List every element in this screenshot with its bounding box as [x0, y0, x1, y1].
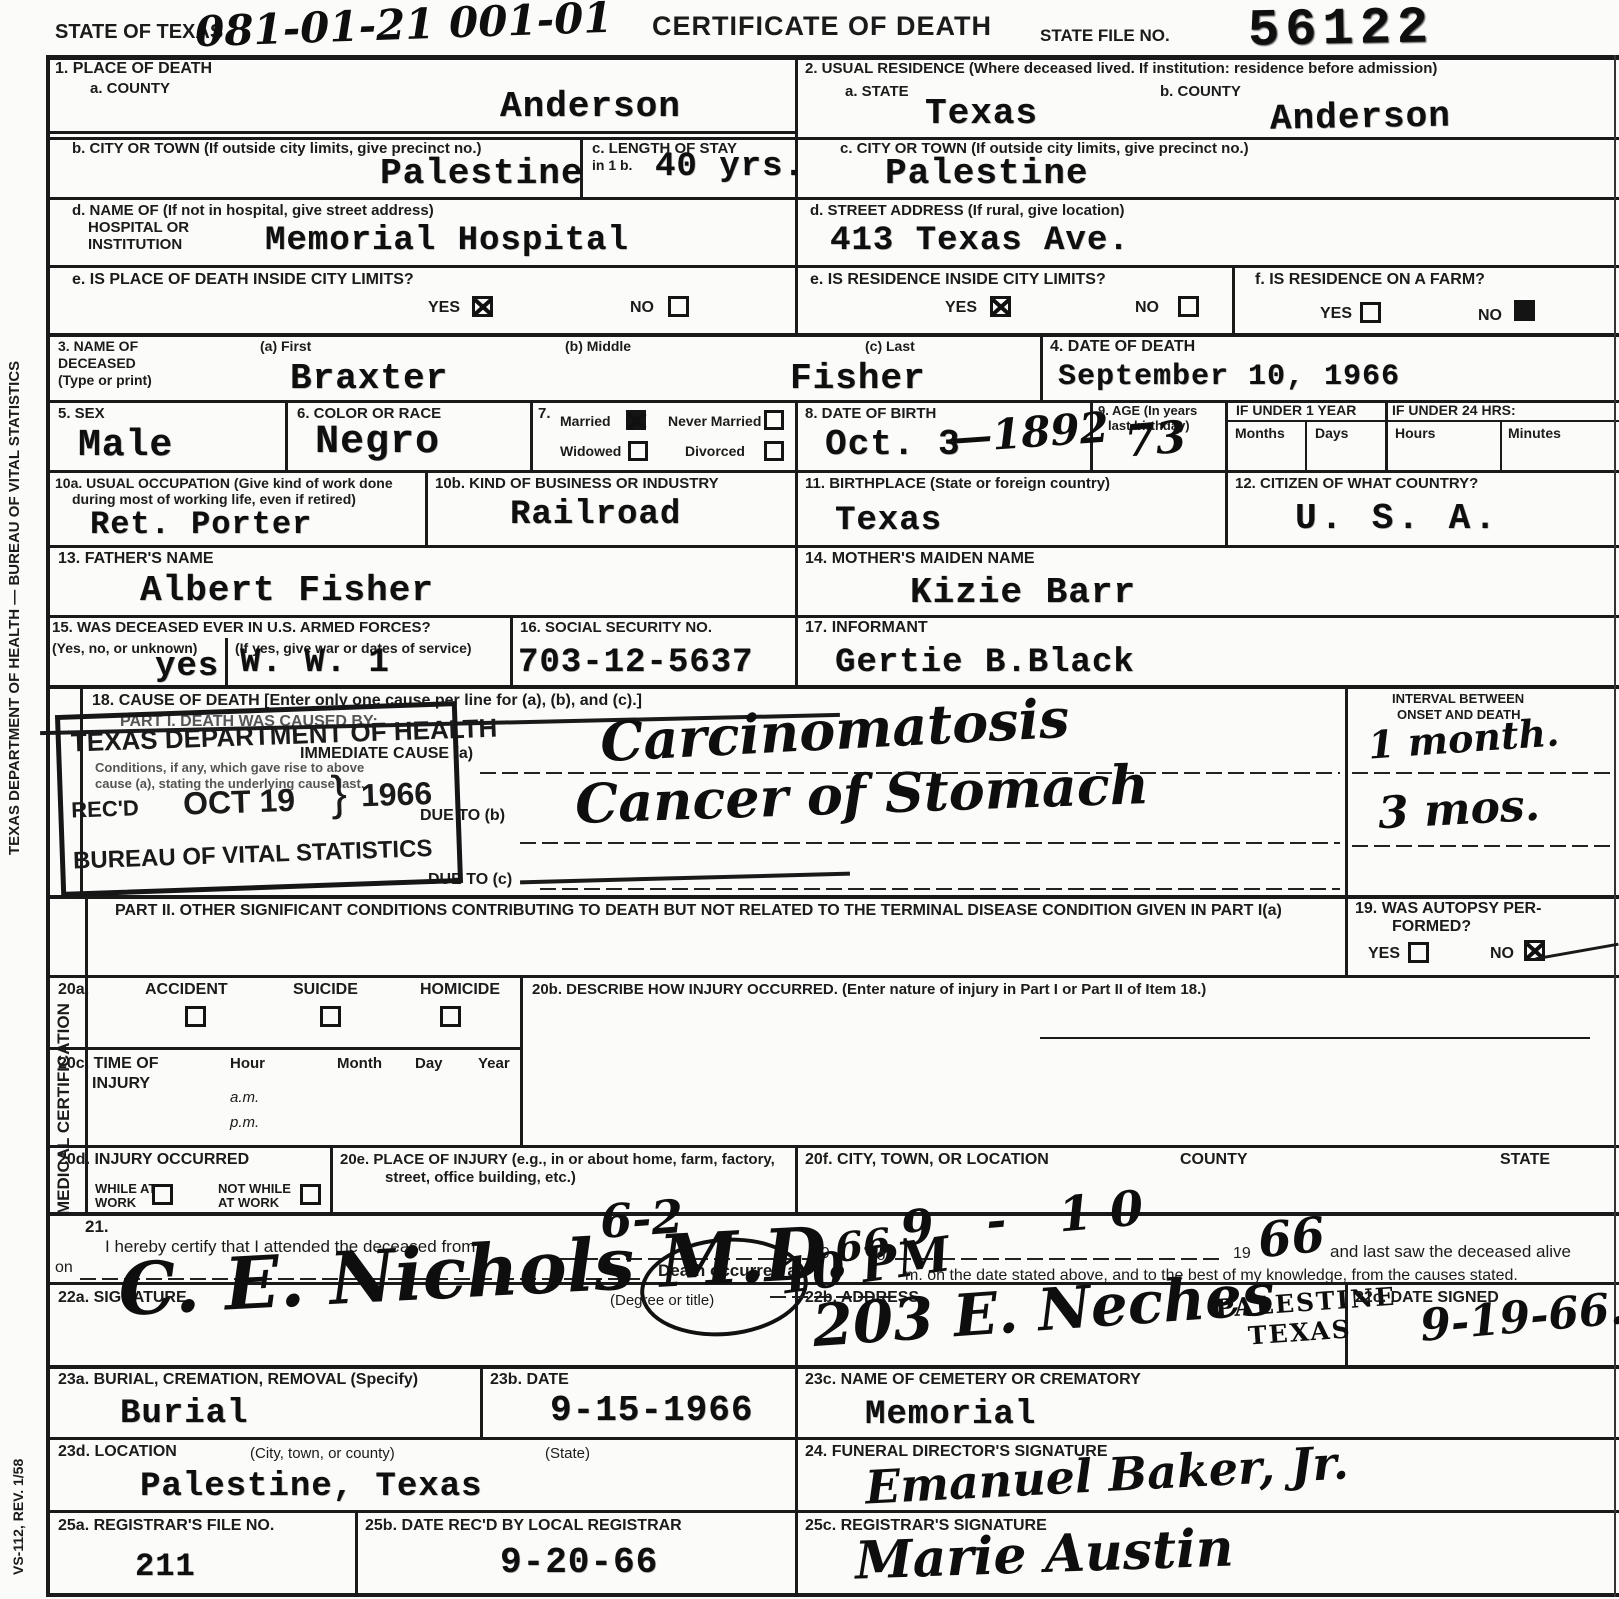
pm-label: p.m. — [230, 1115, 259, 1131]
rule — [48, 197, 1619, 200]
sex-value: Male — [78, 424, 173, 467]
date-of-birth-label: 8. DATE OF BIRTH — [805, 406, 936, 422]
place-of-injury-label1: 20e. PLACE OF INJURY (e.g., in or about … — [340, 1152, 775, 1168]
never-married-label: Never Married — [668, 414, 761, 429]
county-value: Anderson — [500, 86, 681, 127]
armed-forces-label: 15. WAS DECEASED EVER IN U.S. ARMED FORC… — [52, 620, 431, 636]
fill-line — [540, 888, 1340, 890]
residence-city-limits-label: e. IS RESIDENCE INSIDE CITY LIMITS? — [810, 272, 1106, 289]
stamp-edge-line — [520, 872, 850, 885]
fill-line — [1352, 845, 1610, 847]
rule — [520, 975, 523, 1145]
informant-value: Gertie B.Black — [835, 644, 1135, 682]
marital-status-label: 7. — [538, 406, 551, 422]
length-of-stay-value: 40 yrs. — [655, 148, 805, 186]
burial-location-sub2: (State) — [545, 1446, 590, 1462]
county-label: a. COUNTY — [90, 81, 170, 97]
last-name-value: Fisher — [790, 358, 926, 399]
cemetery-value: Memorial — [865, 1396, 1036, 1434]
suicide-label: SUICIDE — [293, 982, 358, 999]
fathers-name-value: Albert Fisher — [140, 570, 434, 611]
usual-residence-title: 2. USUAL RESIDENCE (Where deceased lived… — [805, 61, 1437, 77]
stamp-year: 1966 — [360, 775, 432, 814]
pen-stroke — [1535, 943, 1618, 961]
rule — [285, 400, 288, 470]
fathers-name-label: 13. FATHER'S NAME — [58, 551, 214, 568]
autopsy-yes-label: YES — [1368, 946, 1400, 963]
last-name-label: (c) Last — [865, 339, 915, 354]
rule — [48, 685, 1619, 689]
while-at-work-label2: WORK — [95, 1196, 136, 1210]
time-of-injury-label2: INJURY — [92, 1076, 150, 1093]
rule — [795, 1437, 798, 1510]
residence-city-limits-no-checkbox — [1178, 296, 1199, 317]
month-label: Month — [337, 1056, 382, 1072]
rule — [46, 55, 50, 1597]
rule — [1345, 685, 1348, 975]
stamp-date: OCT 19 — [182, 782, 295, 823]
state-file-no-label: STATE FILE NO. — [1040, 27, 1170, 45]
rule — [1305, 420, 1307, 470]
race-value: Negro — [315, 420, 440, 465]
death-city-limits-no-checkbox — [668, 296, 689, 317]
rule — [48, 1047, 520, 1050]
fill-line — [1040, 1037, 1590, 1039]
death-certificate-scan: STATE OF TEXAS 081-01-21 001-01 CERTIFIC… — [0, 0, 1619, 1599]
day-label: Day — [415, 1056, 443, 1072]
occupation-value: Ret. Porter — [90, 506, 312, 543]
hospital-label3: INSTITUTION — [88, 237, 182, 253]
part2-label: PART II. OTHER SIGNIFICANT CONDITIONS CO… — [115, 903, 1282, 920]
if-under-24-hrs-label: IF UNDER 24 HRS: — [1392, 403, 1516, 418]
registrar-file-value: 211 — [135, 1548, 196, 1585]
street-address-value: 413 Texas Ave. — [830, 222, 1130, 260]
year-label: Year — [478, 1056, 510, 1072]
rule — [48, 975, 1619, 978]
burial-location-value: Palestine, Texas — [140, 1468, 482, 1506]
time-of-injury-label1: 20c. TIME OF — [58, 1056, 158, 1073]
burial-value: Burial — [120, 1395, 248, 1433]
handwritten-code: 081-01-21 001-01 — [194, 0, 613, 56]
accident-section-label: 20a. — [58, 982, 89, 999]
married-checkbox — [626, 410, 646, 430]
street-address-label: d. STREET ADDRESS (If rural, give locati… — [810, 203, 1124, 219]
rule — [480, 1365, 483, 1437]
burial-location-sub1: (City, town, or county) — [250, 1446, 395, 1462]
certificate-title: CERTIFICATE OF DEATH — [652, 12, 992, 40]
rule — [48, 1437, 1619, 1440]
rule — [225, 638, 228, 685]
hospital-value: Memorial Hospital — [265, 222, 629, 260]
rule — [330, 1145, 333, 1212]
stamp-line3: BUREAU OF VITAL STATISTICS — [73, 835, 433, 876]
first-name-value: Braxter — [290, 358, 448, 399]
ssn-value: 703-12-5637 — [518, 644, 753, 682]
rule — [795, 1510, 798, 1597]
autopsy-label1: 19. WAS AUTOPSY PER- — [1355, 901, 1541, 918]
residence-county-label: b. COUNTY — [1160, 84, 1241, 100]
rule — [1385, 400, 1388, 470]
divorced-checkbox — [764, 441, 784, 461]
death-city-limits-yes-checkbox — [472, 296, 493, 317]
state-file-number: 56122 — [1247, 0, 1434, 61]
on-label: on — [55, 1260, 73, 1277]
rule — [795, 1365, 798, 1437]
rule — [425, 470, 428, 545]
interval-header1: INTERVAL BETWEEN — [1392, 692, 1524, 706]
name-of-deceased-label2: DECEASED — [58, 356, 136, 371]
stamp-recd: REC'D — [71, 795, 139, 823]
armed-forces-value: yes — [155, 648, 219, 686]
hours-label: Hours — [1395, 426, 1435, 441]
while-at-work-label1: WHILE AT — [95, 1182, 156, 1196]
rule — [795, 1145, 798, 1212]
rule — [530, 400, 533, 470]
date-of-birth-typed: Oct. 3 — [825, 424, 961, 465]
widowed-checkbox — [628, 441, 648, 461]
rule — [355, 1510, 358, 1597]
rule — [48, 1510, 1619, 1513]
date-of-death-label: 4. DATE OF DEATH — [1050, 339, 1195, 356]
address-state-hand: TEXAS — [1247, 1314, 1352, 1350]
stamp-line1: TEXAS DEPARTMENT OF HEALTH — [70, 713, 497, 759]
rule — [1225, 420, 1619, 422]
autopsy-no-label: NO — [1490, 946, 1514, 963]
industry-label: 10b. KIND OF BUSINESS OR INDUSTRY — [435, 476, 719, 492]
name-of-deceased-label3: (Type or print) — [58, 373, 152, 388]
residence-farm-yes-label: YES — [1320, 306, 1352, 323]
date-received-label: 25b. DATE REC'D BY LOCAL REGISTRAR — [365, 1518, 682, 1535]
hospital-label2: HOSPITAL OR — [88, 220, 189, 236]
rule — [48, 333, 1619, 337]
suicide-checkbox — [320, 1006, 341, 1027]
rule — [1225, 400, 1228, 545]
date-of-death-value: September 10, 1966 — [1058, 360, 1400, 394]
residence-county-value: Anderson — [1270, 95, 1452, 139]
length-of-stay-sub: in 1 b. — [592, 158, 632, 173]
certify-text2: and last saw the deceased alive — [1330, 1243, 1571, 1261]
middle-name-label: (b) Middle — [565, 339, 631, 354]
am-label: a.m. — [230, 1090, 259, 1106]
form-code-vertical: VS-112, REV. 1/58 — [10, 1385, 26, 1575]
place-of-death-title: 1. PLACE OF DEATH — [55, 61, 212, 78]
residence-state-label: a. STATE — [845, 84, 909, 100]
autopsy-yes-checkbox — [1408, 942, 1429, 963]
rule — [1040, 333, 1043, 400]
registrar-signature: Marie Austin — [854, 1517, 1235, 1591]
autopsy-label2: FORMED? — [1392, 919, 1471, 936]
days-label: Days — [1315, 426, 1348, 441]
residence-city-limits-no-label: NO — [1135, 300, 1159, 317]
homicide-label: HOMICIDE — [420, 982, 500, 999]
injury-county-label: COUNTY — [1180, 1152, 1248, 1169]
place-of-injury-label2: street, office building, etc.) — [385, 1170, 576, 1186]
occupation-label1: 10a. USUAL OCCUPATION (Give kind of work… — [55, 476, 393, 491]
injury-occurred-label: 20d. INJURY OCCURRED — [58, 1152, 249, 1169]
rule — [795, 55, 798, 333]
rule — [48, 895, 1619, 899]
death-city-limits-yes-label: YES — [428, 300, 460, 317]
sex-label: 5. SEX — [58, 406, 105, 422]
occupation-label2: during most of working life, even if ret… — [72, 492, 356, 507]
residence-state-value: Texas — [925, 93, 1038, 134]
certify-number-label: 21. — [85, 1218, 109, 1236]
rule — [48, 1145, 1619, 1148]
name-of-deceased-label1: 3. NAME OF — [58, 339, 138, 354]
rule — [795, 400, 798, 685]
interval-a-value: 1 month. — [1367, 709, 1561, 767]
date-of-birth-hand: —1892 — [948, 403, 1110, 463]
burial-label: 23a. BURIAL, CREMATION, REMOVAL (Specify… — [58, 1372, 418, 1389]
residence-farm-no-checkbox — [1514, 300, 1535, 321]
rule — [48, 265, 1619, 268]
date-received-value: 9-20-66 — [500, 1542, 658, 1583]
burial-date-value: 9-15-1966 — [550, 1390, 753, 1431]
age-value: 73 — [1123, 411, 1188, 467]
residence-farm-label: f. IS RESIDENCE ON A FARM? — [1255, 272, 1485, 289]
months-label: Months — [1235, 426, 1285, 441]
residence-city-limits-yes-checkbox — [990, 296, 1011, 317]
homicide-checkbox — [440, 1006, 461, 1027]
not-while-at-work-label2: AT WORK — [218, 1196, 279, 1210]
rule — [1500, 420, 1502, 470]
injury-city-label: 20f. CITY, TOWN, OR LOCATION — [805, 1152, 1049, 1169]
citizen-value: U. S. A. — [1295, 498, 1500, 539]
burial-date-label: 23b. DATE — [490, 1372, 569, 1389]
hour-label: Hour — [230, 1056, 265, 1072]
rule — [48, 400, 1619, 403]
rule — [48, 470, 1619, 473]
fill-line — [1352, 772, 1610, 774]
not-while-at-work-label1: NOT WHILE — [218, 1182, 291, 1196]
ssn-label: 16. SOCIAL SECURITY NO. — [520, 620, 712, 636]
accident-label: ACCIDENT — [145, 982, 228, 999]
if-under-1-year-label: IF UNDER 1 YEAR — [1236, 403, 1356, 418]
first-name-label: (a) First — [260, 339, 311, 354]
received-stamp: TEXAS DEPARTMENT OF HEALTH REC'D OCT 19 … — [55, 701, 463, 897]
birthplace-label: 11. BIRTHPLACE (State or foreign country… — [805, 476, 1110, 492]
rule — [48, 1593, 1619, 1597]
hospital-label: d. NAME OF (If not in hospital, give str… — [72, 203, 434, 219]
mothers-maiden-name-label: 14. MOTHER'S MAIDEN NAME — [805, 551, 1035, 568]
industry-value: Railroad — [510, 496, 681, 534]
divorced-label: Divorced — [685, 444, 745, 459]
interval-b-value: 3 mos. — [1377, 780, 1541, 839]
rule — [1614, 55, 1616, 1597]
minutes-label: Minutes — [1508, 426, 1561, 441]
stamp-brace: } — [330, 766, 348, 822]
fill-line — [520, 842, 1340, 844]
residence-city-value: Palestine — [885, 153, 1088, 194]
armed-forces-war-value: W. W. 1 — [240, 644, 390, 682]
rule — [48, 615, 1619, 618]
rule — [48, 131, 795, 134]
describe-injury-label: 20b. DESCRIBE HOW INJURY OCCURRED. (Ente… — [532, 982, 1206, 998]
rule — [510, 615, 513, 685]
death-city-limits-label: e. IS PLACE OF DEATH INSIDE CITY LIMITS? — [72, 272, 414, 289]
injury-state-label: STATE — [1500, 1152, 1550, 1169]
married-label: Married — [560, 414, 611, 429]
widowed-label: Widowed — [560, 444, 621, 459]
cemetery-label: 23c. NAME OF CEMETERY OR CREMATORY — [805, 1372, 1141, 1389]
residence-farm-no-label: NO — [1478, 308, 1502, 325]
city-value: Palestine — [380, 153, 583, 194]
rule — [48, 1365, 1619, 1369]
while-at-work-checkbox — [152, 1184, 173, 1205]
burial-location-label: 23d. LOCATION — [58, 1444, 177, 1461]
agency-vertical-label: TEXAS DEPARTMENT OF HEALTH — BUREAU OF V… — [6, 255, 23, 855]
accident-checkbox — [185, 1006, 206, 1027]
not-while-at-work-checkbox — [300, 1184, 321, 1205]
registrar-file-label: 25a. REGISTRAR'S FILE NO. — [58, 1518, 274, 1535]
residence-farm-yes-checkbox — [1360, 302, 1381, 323]
mothers-maiden-name-value: Kizie Barr — [910, 572, 1136, 613]
rule — [48, 545, 1619, 548]
never-married-checkbox — [764, 410, 784, 430]
death-city-limits-no-label: NO — [630, 300, 654, 317]
informant-label: 17. INFORMANT — [805, 620, 928, 637]
citizen-label: 12. CITIZEN OF WHAT COUNTRY? — [1235, 476, 1478, 492]
rule — [1232, 265, 1235, 333]
birthplace-value: Texas — [835, 502, 942, 540]
residence-city-limits-yes-label: YES — [945, 300, 977, 317]
year-prefix2: 19 — [1233, 1246, 1251, 1263]
